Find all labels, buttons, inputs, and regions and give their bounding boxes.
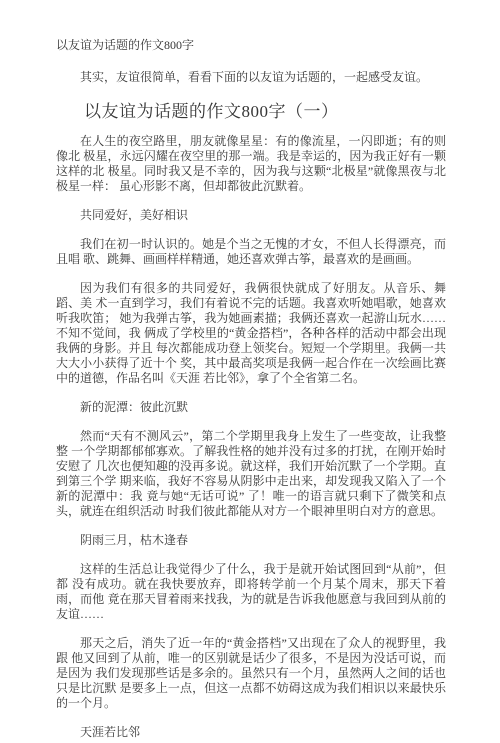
intro-paragraph: 其实，友谊很简单，看看下面的以友谊为话题的，一起感受友谊。 xyxy=(56,70,446,85)
essay-paragraph: 在人生的夜空路里，朋友就像星星：有的像流星，一闪即逝；有的则像北 极星，永远闪耀… xyxy=(56,134,446,194)
essay-paragraph: 因为我们有很多的共同爱好，我俩很快就成了好朋友。从音乐、舞蹈、美 术一直到学习，… xyxy=(56,281,446,386)
essay-paragraph: 我们在初一时认识的。她是个当之无愧的才女，不但人长得漂亮，而且唱 歌、跳舞、画画… xyxy=(56,237,446,267)
essay-subheading: 阴雨三月，枯木逢春 xyxy=(56,533,446,548)
essay-signature: 天涯若比邻 xyxy=(56,725,446,740)
essay-subheading: 新的泥潭：彼此沉默 xyxy=(56,400,446,415)
essay-paragraph: 这样的生活总让我觉得少了什么，我于是就开始试图回到“从前”，但都 没有成功。就在… xyxy=(56,562,446,622)
essay-subheading: 共同爱好，美好相识 xyxy=(56,208,446,223)
document-page: 以友谊为话题的作文800字 其实，友谊很简单，看看下面的以友谊为话题的，一起感受… xyxy=(0,0,500,743)
essay-heading: 以友谊为话题的作文800字（一） xyxy=(56,100,446,124)
document-title: 以友谊为话题的作文800字 xyxy=(56,38,446,53)
essay-paragraph: 那天之后，消失了近一年的“黄金搭档”又出现在了众人的视野里，我跟 他又回到了从前… xyxy=(56,636,446,711)
essay-paragraph: 然而“天有不测风云”，第二个学期里我身上发生了一些变故，让我整整 一个学期都郁郁… xyxy=(56,429,446,519)
